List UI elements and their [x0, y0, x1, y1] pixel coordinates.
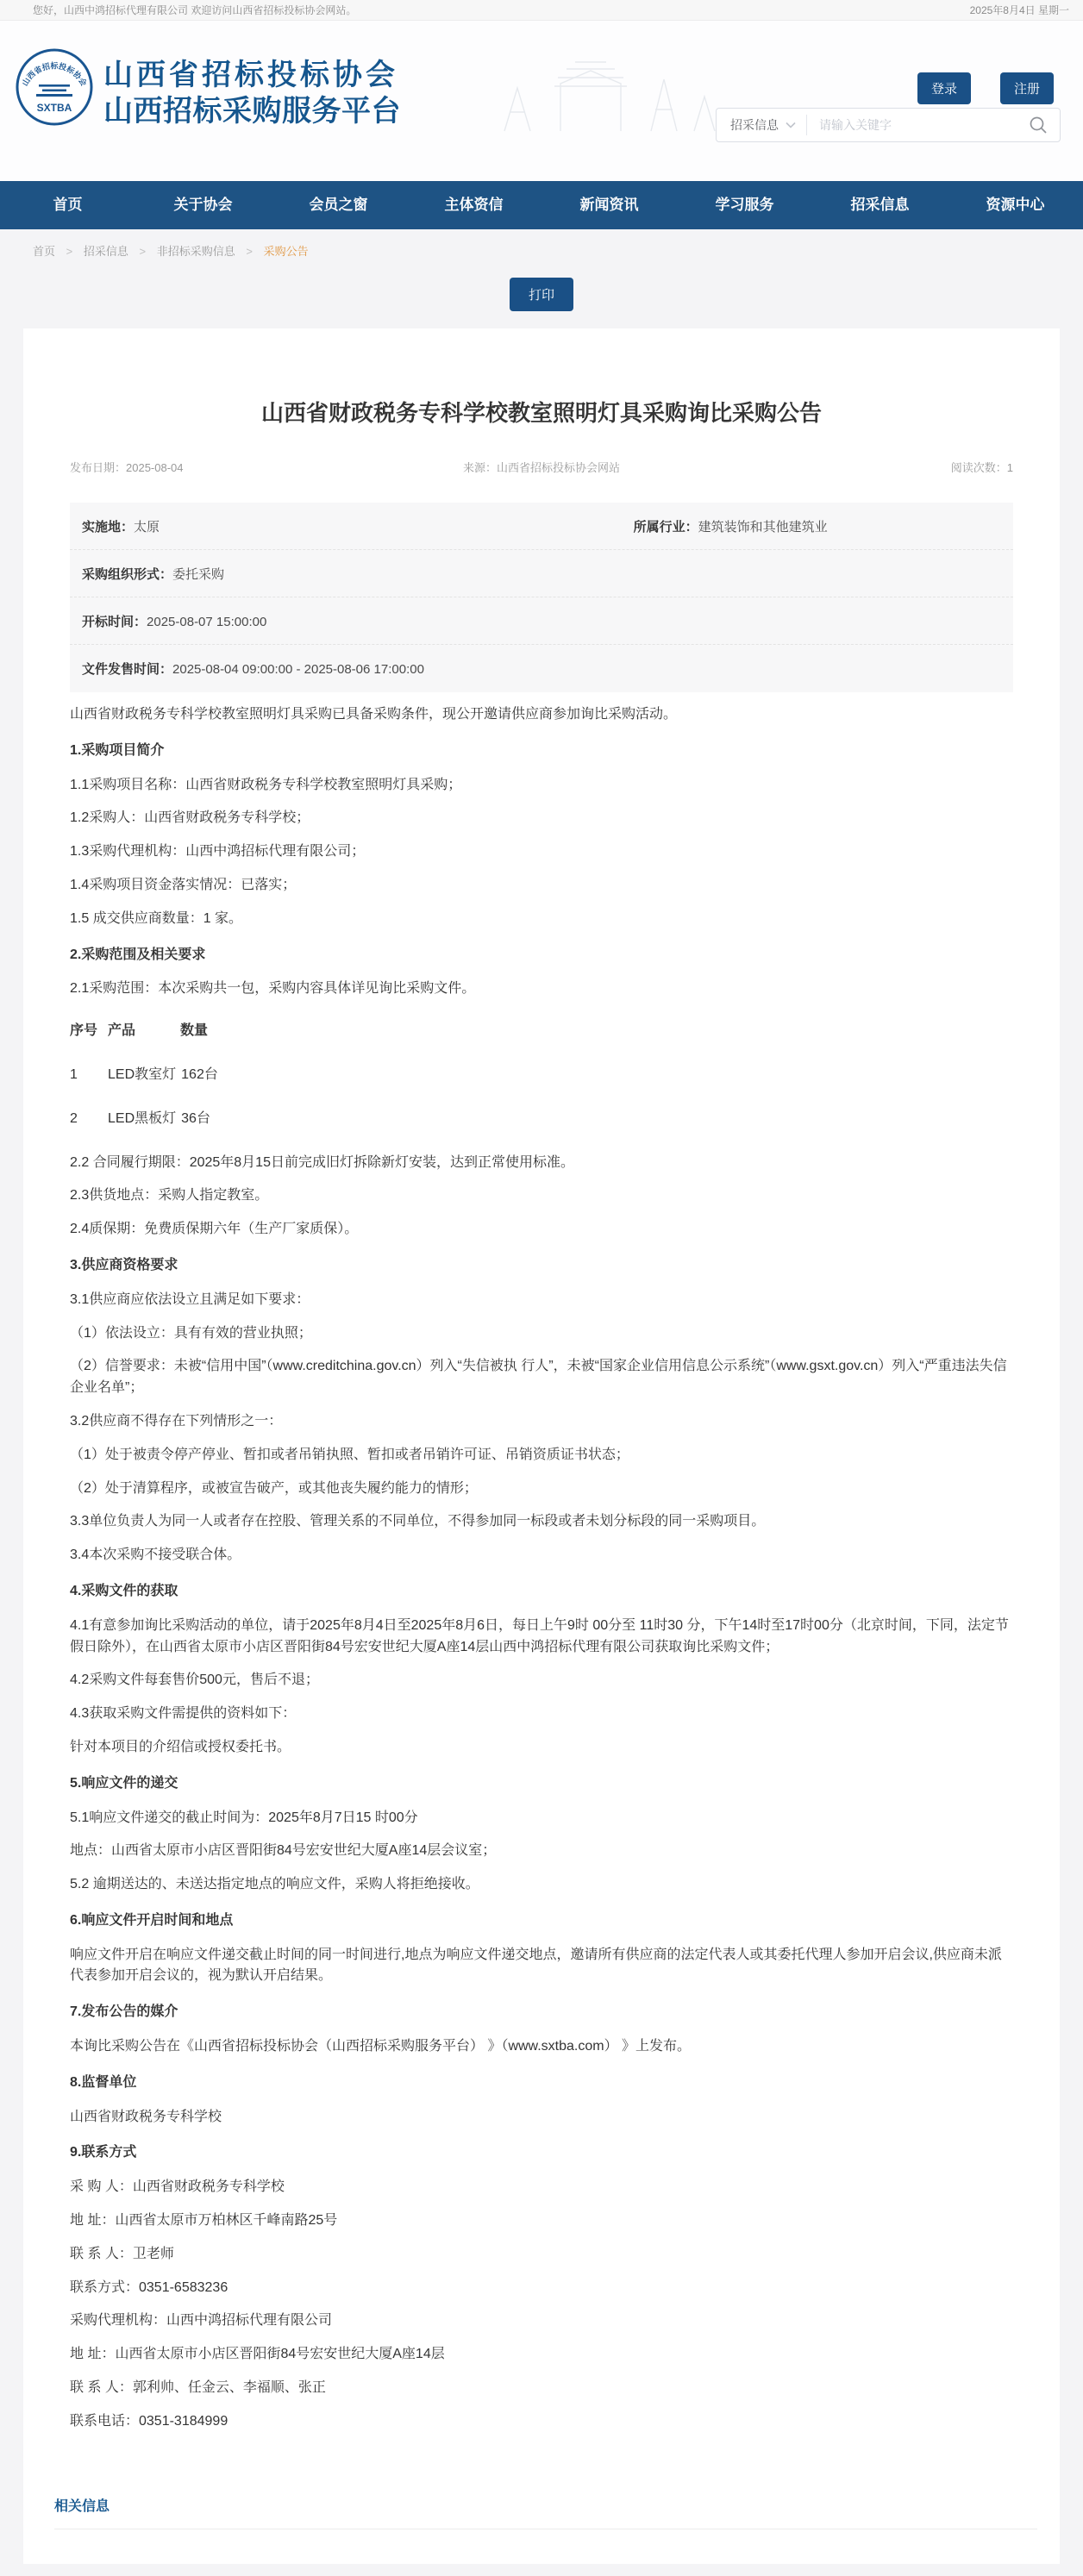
login-button[interactable]: 登录	[917, 72, 971, 104]
related-divider	[54, 2529, 1037, 2529]
article-paragraph: 1.2采购人：山西省财政税务专科学校；	[70, 808, 1013, 829]
section-heading: 9.联系方式	[70, 2142, 1013, 2164]
topbar-date: 2025年8月4日 星期一	[970, 3, 1069, 17]
search-button[interactable]	[1017, 116, 1060, 134]
article-paragraph: 联 系 人：郭利帅、任金云、李福顺、张正	[70, 2378, 1013, 2399]
product-table-cell: 数量	[180, 1023, 208, 1038]
product-table-cell: 产品	[108, 1021, 175, 1042]
article-paragraph: 山西省财政税务专科学校	[70, 2107, 1013, 2129]
breadcrumb-current: 采购公告	[264, 245, 309, 258]
info-cell: 实施地：太原	[82, 517, 634, 535]
section-heading: 5.响应文件的递交	[70, 1773, 1013, 1795]
product-table-row: 1LED教室灯162台	[70, 1065, 1013, 1086]
section-heading: 6.响应文件开启时间和地点	[70, 1910, 1013, 1932]
breadcrumb-feizhaobiao[interactable]: 非招标采购信息	[157, 245, 235, 258]
product-table-cell: LED黑板灯	[108, 1109, 176, 1130]
article-paragraph: 联系方式：0351-6583236	[70, 2278, 1013, 2299]
article-paragraph: 采购代理机构：山西中鸿招标代理有限公司	[70, 2310, 1013, 2332]
article-title: 山西省财政税务专科学校教室照明灯具采购询比采购公告	[46, 396, 1037, 428]
info-value: 2025-08-04 09:00:00 - 2025-08-06 17:00:0…	[172, 662, 424, 677]
article-paragraph: 3.4本次采购不接受联合体。	[70, 1545, 1013, 1566]
nav-item-招采信息[interactable]: 招采信息	[812, 181, 948, 229]
register-button[interactable]: 注册	[1000, 72, 1054, 104]
view-count: 阅读次数：1	[736, 459, 1013, 475]
product-table-cell: LED教室灯	[108, 1065, 176, 1086]
info-value: 太原	[134, 520, 160, 535]
info-value: 2025-08-07 15:00:00	[147, 615, 266, 629]
article-body: 山西省财政税务专科学校教室照明灯具采购已具备采购条件，现公开邀请供应商参加询比采…	[70, 704, 1013, 2433]
article-paragraph: 1.3采购代理机构：山西中鸿招标代理有限公司；	[70, 841, 1013, 863]
article-paragraph: 响应文件开启在响应文件递交截止时间的同一时间进行,地点为响应文件递交地点，邀请所…	[70, 1945, 1013, 1988]
article-paragraph: 联系电话：0351-3184999	[70, 2411, 1013, 2433]
article-paragraph: 3.2供应商不得存在下列情形之一：	[70, 1411, 1013, 1433]
publish-date: 发布日期：2025-08-04	[70, 459, 347, 475]
article-paragraph: 针对本项目的介绍信或授权委托书。	[70, 1737, 1013, 1759]
info-label: 实施地：	[82, 520, 134, 535]
section-heading: 8.监督单位	[70, 2073, 1013, 2094]
article-card: 山西省财政税务专科学校教室照明灯具采购询比采购公告 发布日期：2025-08-0…	[23, 328, 1060, 2564]
info-row: 文件发售时间：2025-08-04 09:00:00 - 2025-08-06 …	[70, 645, 1013, 692]
breadcrumb: 首页 > 招采信息 > 非招标采购信息 > 采购公告	[0, 229, 1083, 267]
article-paragraph: 地点：山西省太原市小店区晋阳街84号宏安世纪大厦A座14层会议室；	[70, 1841, 1013, 1862]
product-table-header: 序号产品数量	[70, 1021, 1013, 1042]
info-cell: 所属行业：建筑装饰和其他建筑业	[634, 517, 1001, 535]
article-paragraph: 4.2采购文件每套售价500元，售后不退；	[70, 1670, 1013, 1691]
welcome-text: 您好，山西中鸿招标代理有限公司 欢迎访问山西省招标投标协会网站。	[33, 3, 356, 17]
info-cell: 采购组织形式：委托采购	[82, 565, 634, 583]
print-row: 打印	[0, 278, 1083, 311]
site-subtitle: 山西招标采购服务平台	[103, 97, 401, 126]
article-paragraph: 地 址：山西省太原市小店区晋阳街84号宏安世纪大厦A座14层	[70, 2344, 1013, 2366]
article-meta: 发布日期：2025-08-04 来源：山西省招标投标协会网站 阅读次数：1	[70, 459, 1013, 475]
topbar: 您好，山西中鸿招标代理有限公司 欢迎访问山西省招标投标协会网站。 2025年8月…	[0, 0, 1083, 21]
article-paragraph: 1.5 成交供应商数量：1 家。	[70, 909, 1013, 930]
info-label: 采购组织形式：	[82, 567, 172, 582]
article-paragraph: 4.1有意参加询比采购活动的单位，请于2025年8月4日至2025年8月6日，每…	[70, 1616, 1013, 1659]
article-paragraph: 地 址：山西省太原市万柏林区千峰南路25号	[70, 2210, 1013, 2232]
related-info-title: 相关信息	[54, 2495, 1037, 2515]
search-input[interactable]	[807, 118, 1017, 132]
product-table-cell: 1	[70, 1065, 108, 1086]
info-cell: 开标时间：2025-08-07 15:00:00	[82, 612, 634, 630]
info-cell: 文件发售时间：2025-08-04 09:00:00 - 2025-08-06 …	[82, 660, 634, 678]
info-value: 委托采购	[172, 567, 224, 582]
article-paragraph: 5.2 逾期送达的、未送达指定地点的响应文件，采购人将拒绝接收。	[70, 1874, 1013, 1896]
breadcrumb-separator: >	[140, 245, 147, 258]
product-table-cell: 2	[70, 1109, 108, 1130]
nav-item-首页[interactable]: 首页	[0, 181, 135, 229]
chevron-down-icon	[786, 122, 796, 128]
article-paragraph: 山西省财政税务专科学校教室照明灯具采购已具备采购条件，现公开邀请供应商参加询比采…	[70, 704, 1013, 726]
article-paragraph: 2.4质保期：免费质保期六年（生产厂家质保）。	[70, 1219, 1013, 1241]
product-table-cell: 162台	[181, 1067, 218, 1082]
nav-menu: 首页关于协会会员之窗主体资信新闻资讯学习服务招采信息资源中心	[0, 181, 1083, 229]
nav-item-关于协会[interactable]: 关于协会	[135, 181, 271, 229]
auth-buttons: 登录 注册	[917, 72, 1054, 104]
nav-item-新闻资讯[interactable]: 新闻资讯	[541, 181, 677, 229]
nav-item-会员之窗[interactable]: 会员之窗	[271, 181, 406, 229]
search-category-label: 招采信息	[730, 116, 779, 134]
article-paragraph: 采 购 人：山西省财政税务专科学校	[70, 2177, 1013, 2198]
article-paragraph: 3.3单位负责人为同一人或者存在控股、管理关系的不同单位，不得参加同一标段或者未…	[70, 1511, 1013, 1533]
info-label: 开标时间：	[82, 615, 147, 629]
site-header: 山西省招标投标协会 SXTBA 山西省招标投标协会 山西招标采购服务平台 登录 …	[0, 21, 1083, 181]
section-heading: 2.采购范围及相关要求	[70, 945, 1013, 966]
site-titles: 山西省招标投标协会 山西招标采购服务平台	[103, 60, 401, 126]
article-paragraph: （1）依法设立：具有有效的营业执照；	[70, 1323, 1013, 1345]
article-paragraph: 1.4采购项目资金落实情况：已落实；	[70, 875, 1013, 897]
info-label: 文件发售时间：	[82, 662, 172, 677]
nav-item-学习服务[interactable]: 学习服务	[677, 181, 812, 229]
header-watermark	[479, 36, 737, 148]
article-source: 来源：山西省招标投标协会网站	[347, 459, 736, 475]
site-title: 山西省招标投标协会	[103, 60, 401, 90]
info-row: 实施地：太原所属行业：建筑装饰和其他建筑业	[70, 503, 1013, 550]
nav-item-主体资信[interactable]: 主体资信	[406, 181, 541, 229]
article-paragraph: （2）处于清算程序，或被宣告破产，或其他丧失履约能力的情形；	[70, 1479, 1013, 1500]
info-label: 所属行业：	[634, 520, 698, 535]
breadcrumb-home[interactable]: 首页	[33, 245, 55, 258]
info-box: 实施地：太原所属行业：建筑装饰和其他建筑业采购组织形式：委托采购开标时间：202…	[70, 503, 1013, 692]
info-row: 采购组织形式：委托采购	[70, 550, 1013, 597]
section-heading: 4.采购文件的获取	[70, 1581, 1013, 1603]
breadcrumb-separator: >	[66, 245, 73, 258]
logo-sxtba-text: SXTBA	[37, 102, 72, 114]
search-icon	[1029, 116, 1048, 134]
article-paragraph: 1.1采购项目名称：山西省财政税务专科学校教室照明灯具采购；	[70, 775, 1013, 797]
info-row: 开标时间：2025-08-07 15:00:00	[70, 597, 1013, 645]
product-table-row: 2LED黑板灯36台	[70, 1109, 1013, 1130]
article-paragraph: 2.1采购范围：本次采购共一包，采购内容具体详见询比采购文件。	[70, 979, 1013, 1000]
nav-item-资源中心[interactable]: 资源中心	[948, 181, 1083, 229]
article-paragraph: 联 系 人：卫老师	[70, 2244, 1013, 2266]
article-paragraph: 本询比采购公告在《山西省招标投标协会（山西招标采购服务平台） 》（www.sxt…	[70, 2036, 1013, 2058]
article-paragraph: 5.1响应文件递交的截止时间为：2025年8月7日15 时00分	[70, 1808, 1013, 1829]
breadcrumb-separator: >	[246, 245, 253, 258]
article-paragraph: 3.1供应商应依法设立且满足如下要求：	[70, 1290, 1013, 1311]
info-value: 建筑装饰和其他建筑业	[698, 520, 828, 535]
article-paragraph: 2.2 合同履行期限：2025年8月15日前完成旧灯拆除新灯安装，达到正常使用标…	[70, 1153, 1013, 1174]
product-table-cell: 36台	[181, 1111, 210, 1126]
article-paragraph: 4.3获取采购文件需提供的资料如下：	[70, 1704, 1013, 1725]
print-button[interactable]: 打印	[510, 278, 573, 311]
article-paragraph: （2）信誉要求：未被“信用中国”（www.creditchina.gov.cn）…	[70, 1356, 1013, 1399]
related-info-section: 相关信息	[54, 2495, 1037, 2529]
product-table-cell: 序号	[70, 1021, 108, 1042]
breadcrumb-zhaocai[interactable]: 招采信息	[84, 245, 128, 258]
section-heading: 3.供应商资格要求	[70, 1255, 1013, 1277]
article-paragraph: 2.3供货地点：采购人指定教室。	[70, 1185, 1013, 1207]
section-heading: 7.发布公告的媒介	[70, 2002, 1013, 2023]
search-bar: 招采信息	[716, 108, 1061, 142]
section-heading: 1.采购项目简介	[70, 741, 1013, 762]
association-logo: 山西省招标投标协会 SXTBA	[16, 48, 93, 126]
search-category-dropdown[interactable]: 招采信息	[717, 116, 806, 134]
article-paragraph: （1）处于被责令停产停业、暂扣或者吊销执照、暂扣或者吊销许可证、吊销资质证书状态…	[70, 1445, 1013, 1466]
